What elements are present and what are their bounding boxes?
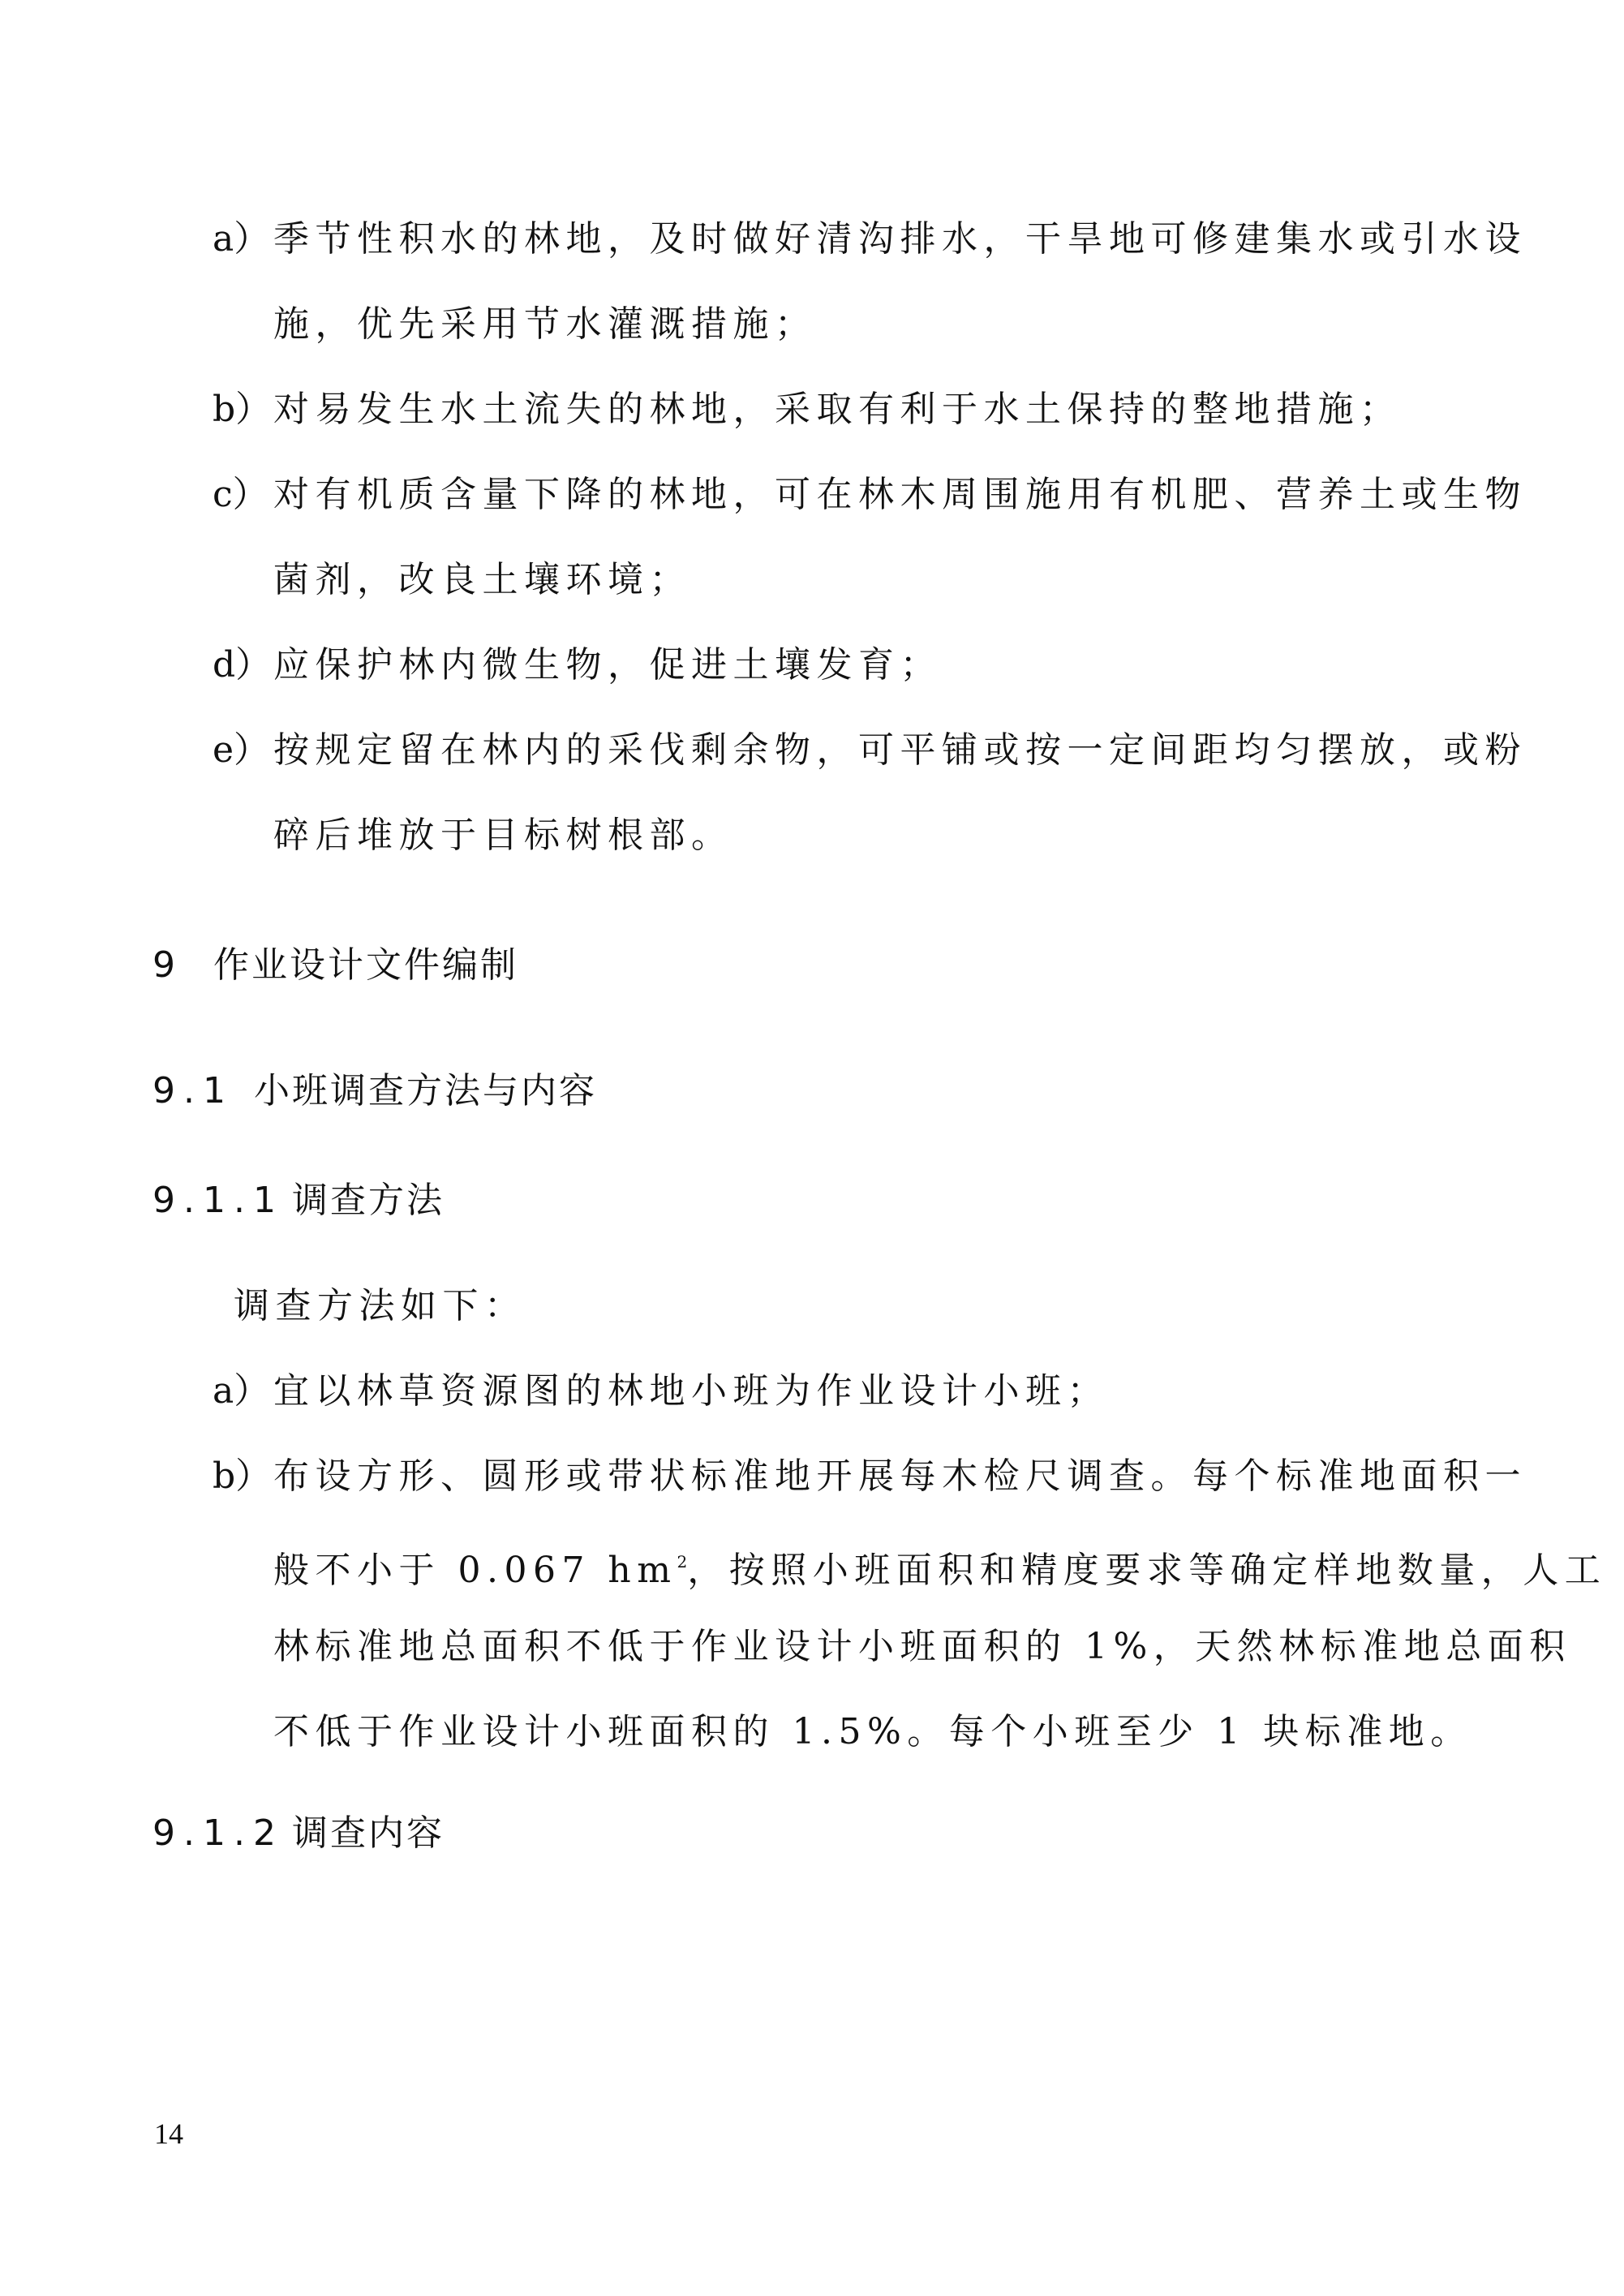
method-item-b-line-3: 林标准地总面积不低于作业设计小班面积的 1%，天然林标准地总面积 <box>273 1623 1571 1671</box>
list-item-text: 布设方形、圆形或带状标准地开展每木检尺调查。每个标准地面积一 <box>273 1455 1527 1497</box>
section-title: 小班调查方法与内容 <box>254 1070 597 1111</box>
list-item-c-line-1: c）对有机质含量下降的林地，可在林木周围施用有机肥、营养土或生物 <box>213 471 1527 519</box>
list-marker: c） <box>213 471 273 519</box>
list-item-text: 般不小于 0.067 hm <box>273 1550 677 1591</box>
list-item-text: 对有机质含量下降的林地，可在林木周围施用有机肥、营养土或生物 <box>273 474 1527 515</box>
superscript: 2 <box>677 1552 688 1572</box>
method-item-b-line-1: b）布设方形、圆形或带状标准地开展每木检尺调查。每个标准地面积一 <box>213 1452 1527 1501</box>
list-marker: d） <box>213 641 273 690</box>
list-item-c-line-2: 菌剂，改良土壤环境； <box>273 556 691 604</box>
list-item-b-line-1: b）对易发生水土流失的林地，采取有利于水土保持的整地措施； <box>213 385 1402 434</box>
list-item-text: 宜以林草资源图的林地小班为作业设计小班； <box>273 1370 1109 1412</box>
list-item-text: 季节性积水的林地，及时做好清沟排水，干旱地可修建集水或引水设 <box>273 218 1527 260</box>
section-title: 作业设计文件编制 <box>213 944 518 986</box>
list-item-e-line-1: e）按规定留在林内的采伐剩余物，可平铺或按一定间距均匀摆放，或粉 <box>213 726 1527 775</box>
list-item-d-line-1: d）应保护林内微生物，促进土壤发育； <box>213 641 942 690</box>
method-item-a-line-1: a）宜以林草资源图的林地小班为作业设计小班； <box>213 1367 1109 1416</box>
section-title: 调查方法 <box>292 1180 445 1221</box>
section-number: 9.1.2 <box>153 1809 292 1858</box>
method-item-b-line-4: 不低于作业设计小班面积的 1.5%。每个小班至少 1 块标准地。 <box>273 1708 1472 1756</box>
list-marker: b） <box>213 385 273 434</box>
paragraph-intro: 调查方法如下： <box>234 1282 526 1331</box>
section-number: 9.1 <box>153 1067 254 1116</box>
list-item-e-line-2: 碎后堆放于目标树根部。 <box>273 811 733 860</box>
list-item-text: 应保护林内微生物，促进土壤发育； <box>273 644 942 686</box>
section-heading-9-1-2: 9.1.2调查内容 <box>153 1809 445 1858</box>
list-item-text: 按规定留在林内的采伐剩余物，可平铺或按一定间距均匀摆放，或粉 <box>273 729 1527 771</box>
list-marker: a） <box>213 1367 273 1416</box>
section-number: 9.1.1 <box>153 1176 292 1225</box>
list-marker: a） <box>213 215 273 264</box>
page-number: 14 <box>154 2116 183 2152</box>
method-item-b-line-2: 般不小于 0.067 hm2，按照小班面积和精度要求等确定样地数量，人工 <box>273 1537 1606 1595</box>
section-heading-9: 9作业设计文件编制 <box>153 941 518 990</box>
section-title: 调查内容 <box>292 1812 445 1854</box>
list-item-text: ，按照小班面积和精度要求等确定样地数量，人工 <box>687 1550 1606 1591</box>
document-page: a）季节性积水的林地，及时做好清沟排水，干旱地可修建集水或引水设 施，优先采用节… <box>0 0 1624 2296</box>
list-item-a-line-1: a）季节性积水的林地，及时做好清沟排水，干旱地可修建集水或引水设 <box>213 215 1527 264</box>
section-heading-9-1: 9.1小班调查方法与内容 <box>153 1067 597 1116</box>
list-marker: b） <box>213 1452 273 1501</box>
list-item-text: 对易发生水土流失的林地，采取有利于水土保持的整地措施； <box>273 389 1402 430</box>
section-heading-9-1-1: 9.1.1调查方法 <box>153 1176 445 1225</box>
list-item-a-line-2: 施，优先采用节水灌溉措施； <box>273 300 817 349</box>
section-number: 9 <box>153 941 213 990</box>
list-marker: e） <box>213 726 273 775</box>
